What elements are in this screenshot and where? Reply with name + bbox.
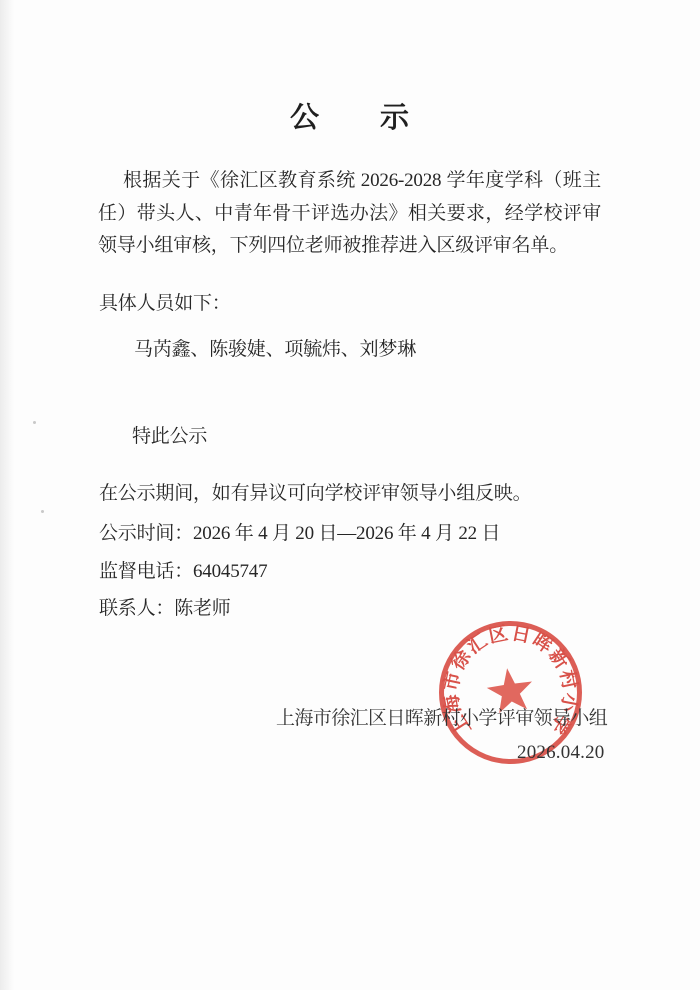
closing-phrase-line: 特此公示	[132, 421, 207, 448]
candidate-names-line: 马芮鑫、陈骏婕、项毓炜、刘梦琳	[134, 334, 416, 361]
contact-person-line: 联系人：陈老师	[99, 593, 231, 620]
publicity-period-line: 公示时间：2026 年 4 月 20 日—2026 年 4 月 22 日	[99, 518, 500, 545]
scanned-notice-page: 公 示 根据关于《徐汇区教育系统 2026-2028 学年度学科（班主任）带头人…	[0, 0, 700, 990]
objection-note-line: 在公示期间，如有异议可向学校评审领导小组反映。	[99, 478, 531, 505]
signature-line: 上海市徐汇区日晖新村小学评审领导小组	[276, 703, 607, 730]
date-line: 2026.04.20	[517, 742, 605, 764]
notice-body-paragraph: 根据关于《徐汇区教育系统 2026-2028 学年度学科（班主任）带头人、中青年…	[98, 165, 601, 263]
scan-speck	[33, 421, 36, 424]
scan-edge-shadow	[0, 0, 14, 990]
list-intro-line: 具体人员如下：	[99, 288, 231, 315]
notice-title: 公 示	[0, 95, 700, 136]
supervision-phone-line: 监督电话：64045747	[99, 556, 267, 583]
scan-speck	[41, 510, 44, 513]
